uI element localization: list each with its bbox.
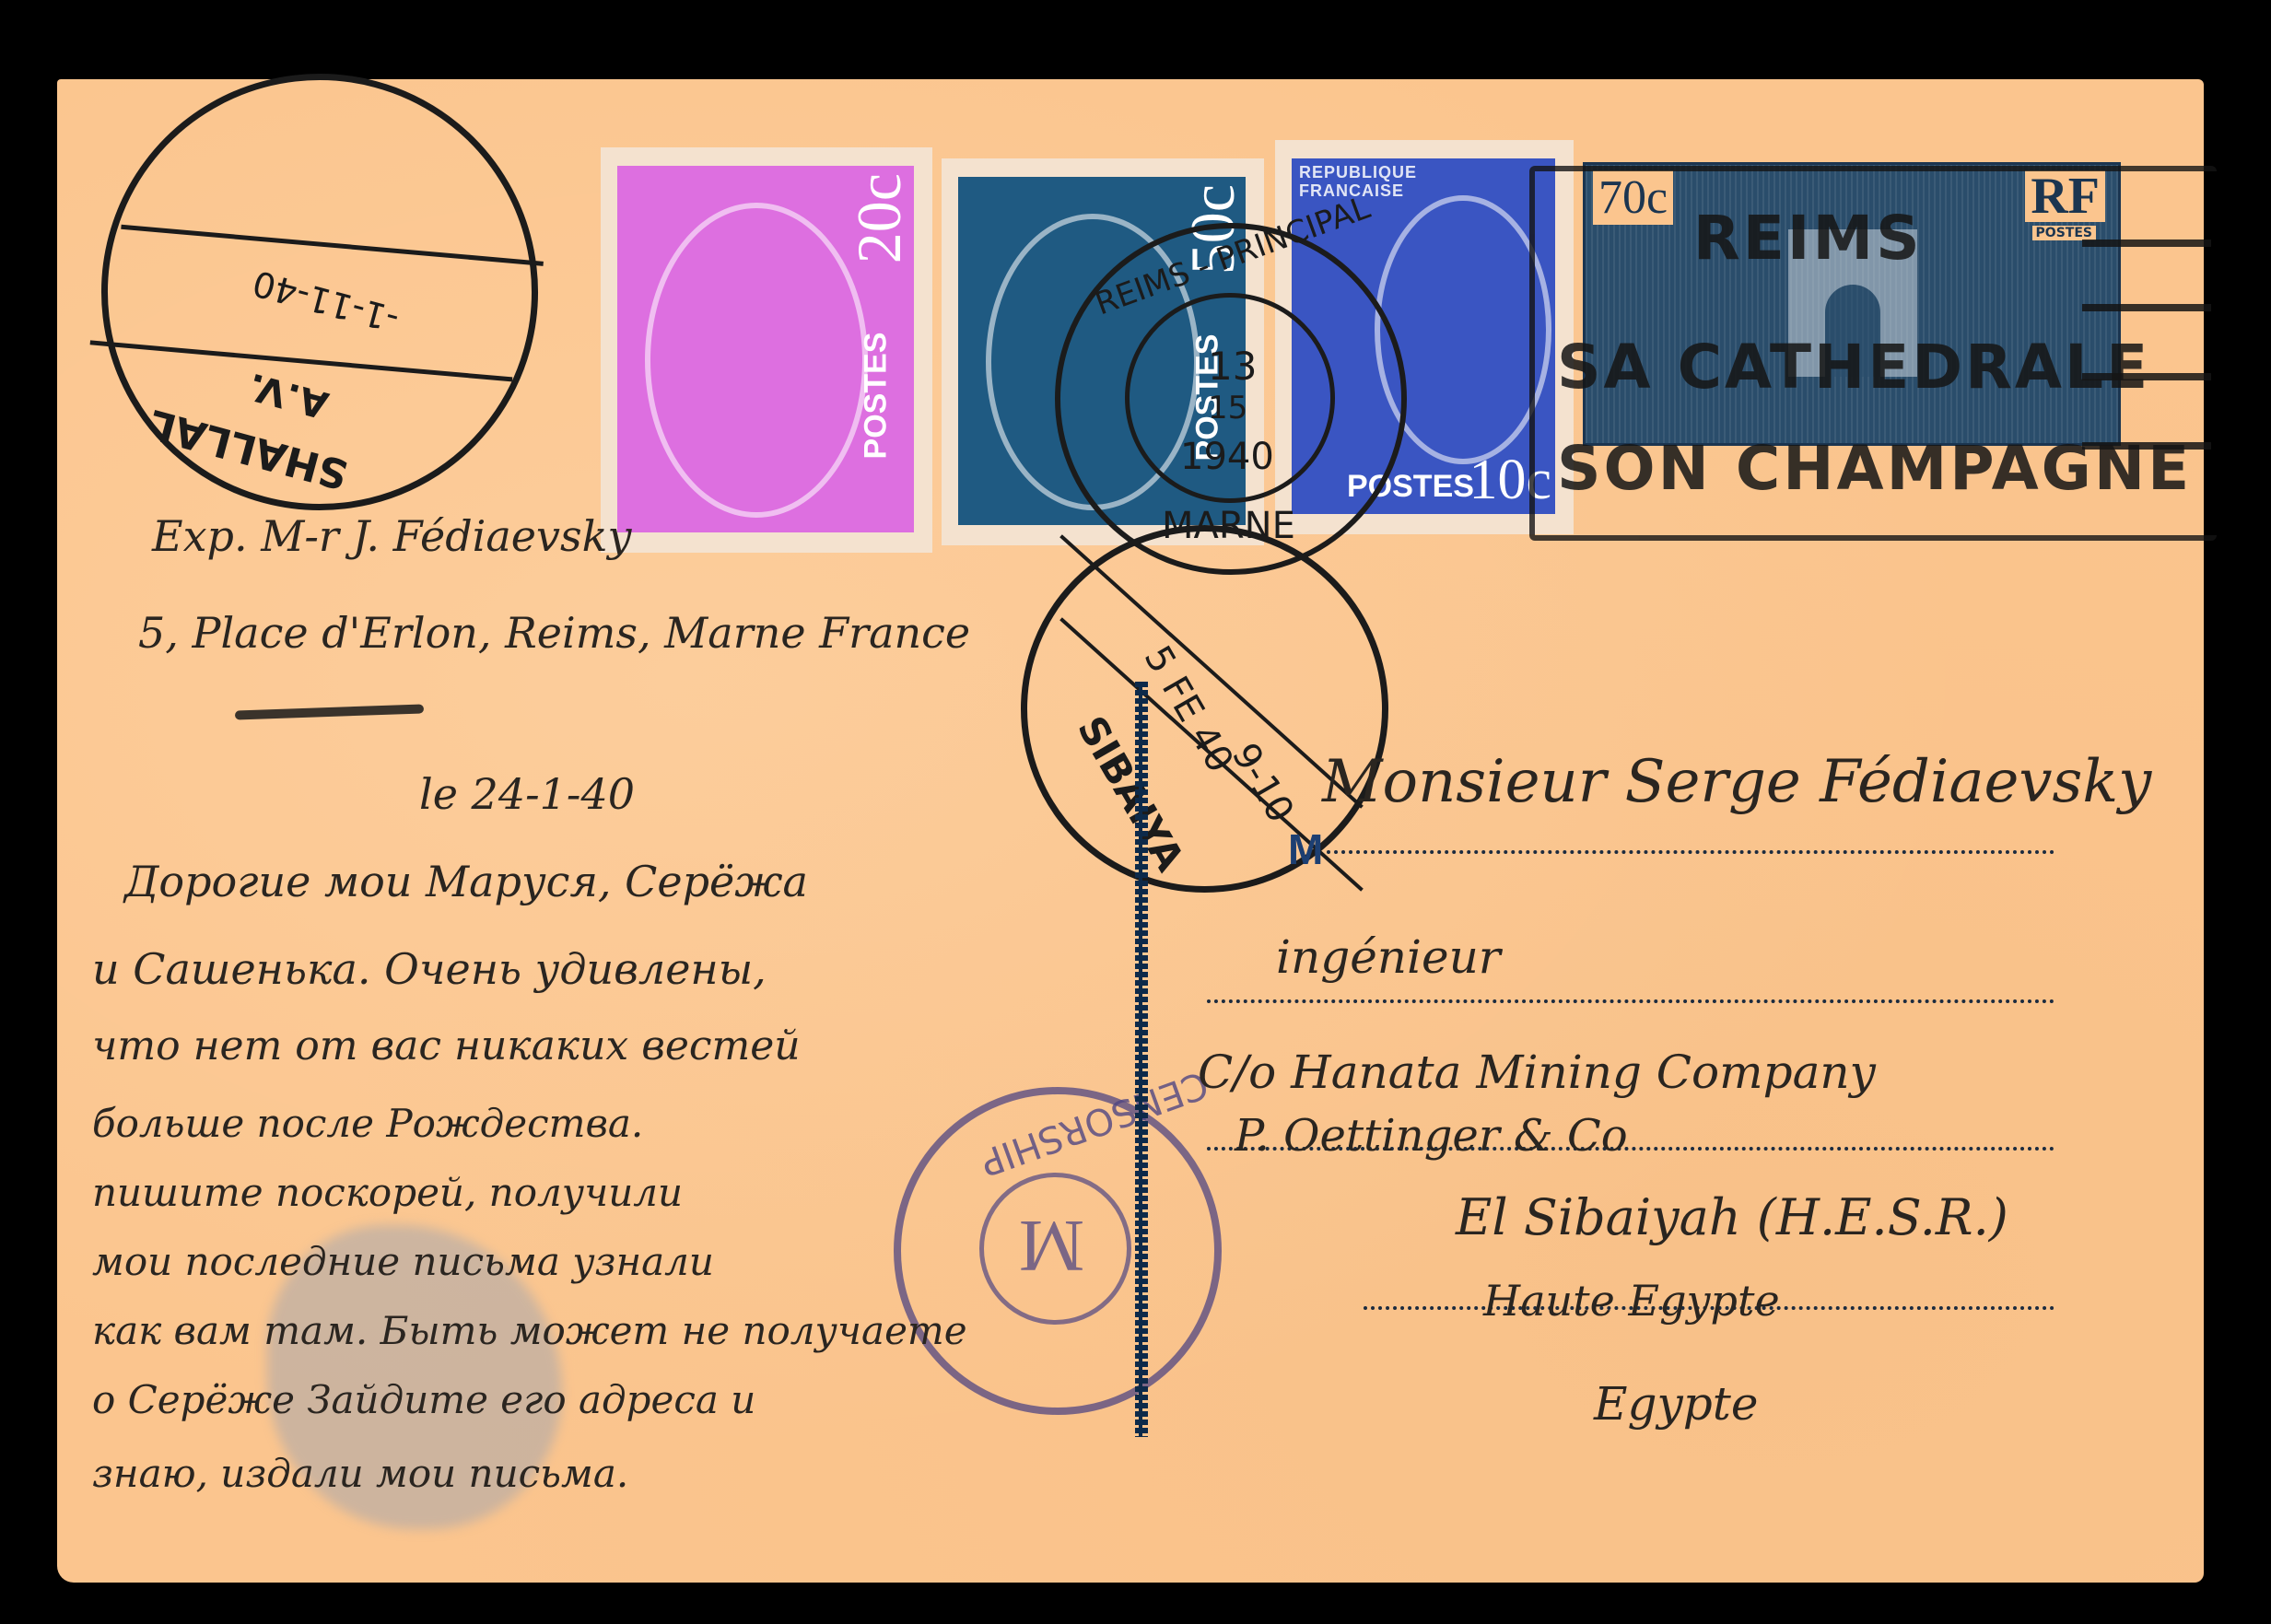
address-prefix: M bbox=[1288, 824, 1323, 874]
address-line-3: C/o Hanata Mining Company bbox=[1198, 1046, 1876, 1099]
address-line-4: P. Oettinger & Co bbox=[1235, 1110, 1628, 1162]
message-line: знаю, издали мои письма. bbox=[92, 1451, 628, 1496]
divider-line bbox=[1135, 682, 1148, 1437]
address-line-7: Egypte bbox=[1594, 1377, 1758, 1431]
stamp-20c: 20c POSTES bbox=[601, 147, 932, 553]
address-dotted-line bbox=[1327, 850, 2054, 854]
message-line: и Сашенька. Очень удивлены, bbox=[92, 944, 767, 994]
imprinted-stamp-value: 70c bbox=[1593, 170, 1673, 225]
address-line-1: Monsieur Serge Fédiaevsky bbox=[1322, 748, 2151, 816]
stamp-postes: POSTES bbox=[859, 333, 895, 460]
message-line: пишите поскорей, получили bbox=[92, 1170, 683, 1215]
message-date: le 24-1-40 bbox=[419, 769, 635, 819]
address-line-2: ingénieur bbox=[1276, 930, 1501, 984]
message-line: как вам там. Быть может не получаете bbox=[92, 1308, 967, 1353]
stamp-face: 20c POSTES bbox=[617, 166, 914, 532]
reims-postmark: REIMS - PRINCIPAL 13 15 1940 MARNE bbox=[1055, 223, 1407, 575]
censorship-mark: M CENSORSHIP bbox=[894, 1087, 1222, 1415]
sender-line-1: Exp. M-r J. Fédiaevsky bbox=[152, 511, 631, 561]
message-line: о Серёже Зайдите его адреса и bbox=[92, 1377, 755, 1422]
sibaiya-postmark: 5 FE 40 9-10 SIBAIYA bbox=[1021, 525, 1388, 893]
shallal-postmark-line: A.V. bbox=[244, 364, 334, 426]
message-line: Дорогие мои Маруся, Серёжа bbox=[124, 857, 808, 906]
address-dotted-line bbox=[1207, 999, 2054, 1003]
reims-postmark-time: 15 bbox=[1208, 390, 1247, 426]
shallal-postmark-date: -1-11-40 bbox=[249, 263, 404, 340]
imprinted-stamp-rf: RF bbox=[2025, 170, 2105, 222]
address-line-6: Haute Egypte bbox=[1483, 1276, 1780, 1326]
message-line: больше после Рождества. bbox=[92, 1101, 643, 1146]
mercury-head-icon bbox=[645, 203, 868, 518]
postmark-bar bbox=[121, 225, 544, 266]
message-line: мои последние письма узнали bbox=[92, 1239, 714, 1284]
postmark-bar bbox=[90, 340, 513, 381]
message-line: что нет от вас никаких вестей bbox=[92, 1022, 801, 1069]
reims-postmark-year: 1940 bbox=[1180, 436, 1274, 478]
imprinted-stamp-postes: POSTES bbox=[2032, 226, 2096, 240]
stamp-value: 10c bbox=[1469, 451, 1551, 508]
imprinted-stamp-70c: 70c RF POSTES bbox=[1583, 162, 2121, 446]
arc-de-triomphe-icon bbox=[1788, 229, 1917, 377]
stamp-value: 20c bbox=[848, 173, 910, 263]
censor-letter: M bbox=[1019, 1203, 1084, 1287]
sibaiya-postmark-time: 9-10 bbox=[1223, 736, 1302, 830]
reims-postmark-day: 13 bbox=[1208, 344, 1257, 389]
address-line-5: El Sibaiyah (H.E.S.R.) bbox=[1456, 1188, 2008, 1246]
sender-line-2: 5, Place d'Erlon, Reims, Marne France bbox=[138, 608, 970, 658]
censor-inner-ring: M bbox=[979, 1173, 1131, 1325]
